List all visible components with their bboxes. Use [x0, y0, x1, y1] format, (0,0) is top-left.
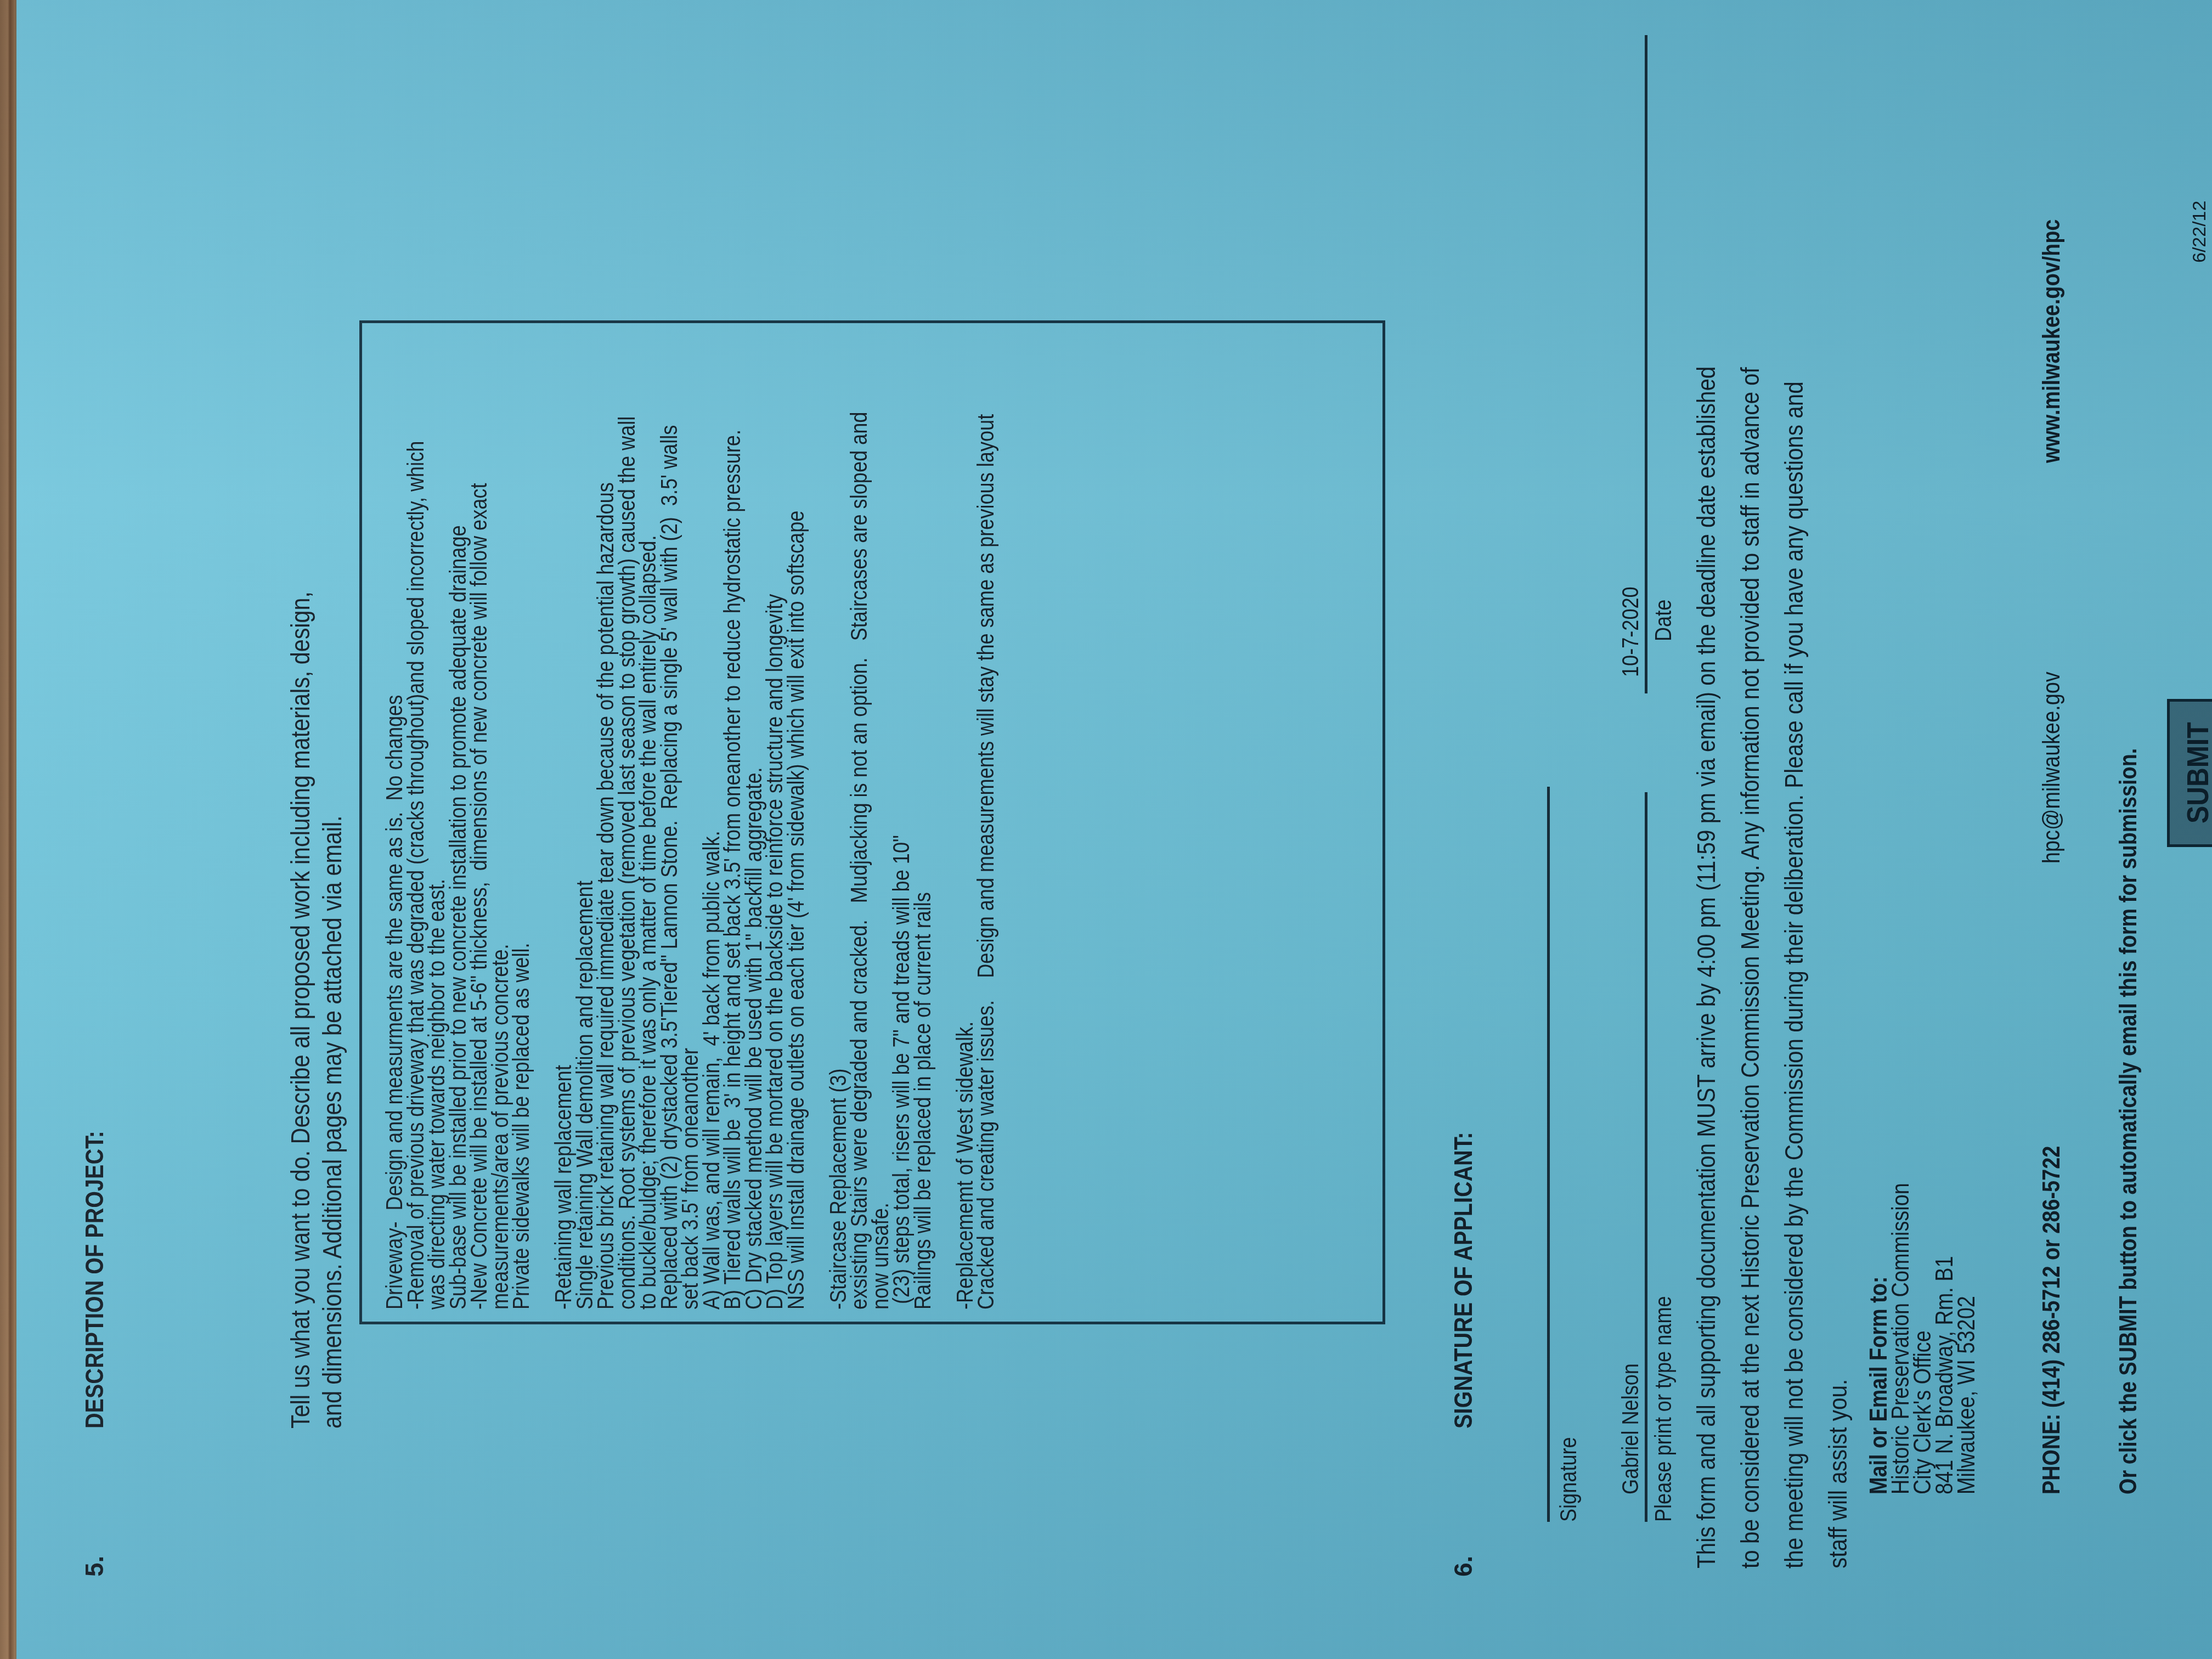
website-link[interactable]: www.milwaukee.gov/hpc [2041, 219, 2063, 463]
email-link[interactable]: hpc@milwaukee.gov [2041, 672, 2063, 864]
description-line [806, 412, 828, 1310]
signature-label: Signature [1555, 1437, 1582, 1522]
project-description-text: Driveway- Design and measurments are the… [384, 412, 997, 1310]
paragraph-line: This form and all supporting documentati… [1684, 366, 1728, 1568]
section-5-instructions: Tell us what you want to do. Describe al… [285, 591, 349, 1429]
name-line [1645, 792, 1647, 1522]
date-value[interactable]: 10-7-2020 [1617, 586, 1644, 677]
description-line: (23) steps total, risers will be 7" and … [891, 412, 912, 1310]
signature-line[interactable] [1547, 787, 1550, 1522]
rotated-page: 5. DESCRIPTION OF PROJECT: Tell us what … [0, 0, 2212, 1659]
project-description-field[interactable]: Driveway- Design and measurments are the… [359, 320, 1385, 1324]
description-line: Driveway- Design and measurments are the… [384, 412, 405, 1310]
address-line: 841 N. Broadway, Rm. B1 [1934, 1183, 1956, 1494]
description-line: Cracked and creating water issues. Desig… [975, 412, 997, 1310]
mailing-heading: Mail or Email Form to: [1868, 1183, 1890, 1494]
description-line: -New Concrete will be installed at 5-6" … [469, 412, 490, 1310]
description-line: to buckle/buldge; therefore it was only … [637, 412, 659, 1310]
instruction-line: Tell us what you want to do. Describe al… [285, 591, 317, 1429]
description-line: D) Top layers will be mortared on the ba… [764, 412, 786, 1310]
form-paper: 5. DESCRIPTION OF PROJECT: Tell us what … [16, 0, 2212, 1659]
address-line: Historic Preservation Commission [1890, 1183, 1912, 1494]
description-line: Previous brick retaining wall required i… [595, 412, 617, 1310]
name-label: Please print or type name [1650, 1296, 1677, 1522]
section-6-title: SIGNATURE OF APPLICANT: [1448, 1132, 1478, 1429]
section-5-number: 5. [80, 1556, 109, 1577]
date-line [1645, 35, 1647, 693]
address-line: City Clerk's Office [1912, 1183, 1934, 1494]
section-5-title: DESCRIPTION OF PROJECT: [80, 1131, 109, 1429]
section-6-number: 6. [1448, 1556, 1478, 1577]
paragraph-line: the meeting will not be considered by th… [1772, 366, 1816, 1568]
submit-button-label: SUBMIT [2180, 723, 2212, 824]
paragraph-line: to be considered at the next Historic Pr… [1728, 366, 1772, 1568]
address-line: Milwaukee, WI 53202 [1956, 1183, 1978, 1494]
description-line: was directing water towards neighbor to … [426, 412, 448, 1310]
description-line: B) Tiered walls will be 3' in height and… [722, 412, 743, 1310]
description-line: exsisting Stairs were degraded and crack… [849, 412, 870, 1310]
mailing-address: Mail or Email Form to: Historic Preserva… [1868, 1183, 1978, 1494]
description-line: Private sidewalks will be replaced as we… [511, 412, 532, 1310]
phone-number: PHONE: (414) 286-5712 or 286-5722 [2041, 1146, 2063, 1494]
paragraph-line: staff will assist you. [1816, 366, 1860, 1568]
description-line: Railings will be replaced in place of cu… [912, 412, 934, 1310]
submit-note: Or click the SUBMIT button to automatica… [2118, 748, 2140, 1494]
description-line: NSS will install drainage outlets on eac… [786, 412, 807, 1310]
submit-button[interactable]: SUBMIT [2167, 699, 2212, 847]
date-label: Date [1650, 600, 1677, 641]
name-value[interactable]: Gabriel Nelson [1617, 1363, 1644, 1494]
footer-revision-date: 6/22/12 [2189, 201, 2210, 263]
description-line [933, 412, 955, 1310]
deadline-paragraph: This form and all supporting documentati… [1684, 366, 1860, 1568]
description-line: set back 3.5' from oneanother [680, 412, 701, 1310]
instruction-line: and dimensions. Additional pages may be … [317, 591, 349, 1429]
description-line: -Retaining wall replacement [553, 412, 574, 1310]
